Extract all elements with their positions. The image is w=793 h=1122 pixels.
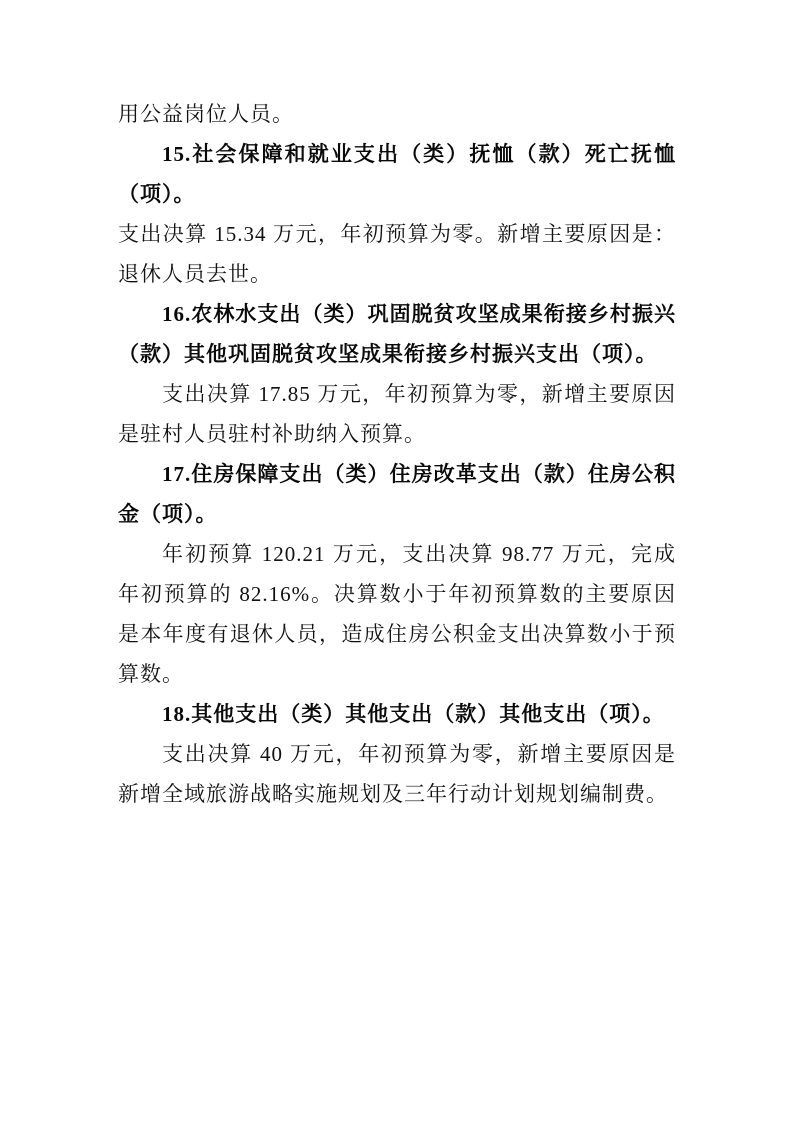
document-page: 用公益岗位人员。 15.社会保障和就业支出（类）抚恤（款）死亡抚恤（项）。 支出… xyxy=(0,0,793,1122)
paragraph-item-18-body: 支出决算 40 万元，年初预算为零，新增主要原因是新增全域旅游战略实施规划及三年… xyxy=(118,734,676,814)
paragraph-item-16-heading: 16.农林水支出（类）巩固脱贫攻坚成果衔接乡村振兴（款）其他巩固脱贫攻坚成果衔接… xyxy=(118,294,676,374)
paragraph-item-17-body: 年初预算 120.21 万元，支出决算 98.77 万元，完成年初预算的 82.… xyxy=(118,534,676,694)
paragraph-item-16-body: 支出决算 17.85 万元，年初预算为零，新增主要原因是驻村人员驻村补助纳入预算… xyxy=(118,374,676,454)
paragraph-item-17-heading: 17.住房保障支出（类）住房改革支出（款）住房公积金（项）。 xyxy=(118,454,676,534)
paragraph-item-15-heading: 15.社会保障和就业支出（类）抚恤（款）死亡抚恤（项）。 xyxy=(118,134,676,214)
paragraph-continuation-tail: 用公益岗位人员。 xyxy=(118,94,676,134)
paragraph-item-18-heading: 18.其他支出（类）其他支出（款）其他支出（项）。 xyxy=(118,694,676,734)
paragraph-item-15-body: 支出决算 15.34 万元，年初预算为零。新增主要原因是：退休人员去世。 xyxy=(118,214,676,294)
